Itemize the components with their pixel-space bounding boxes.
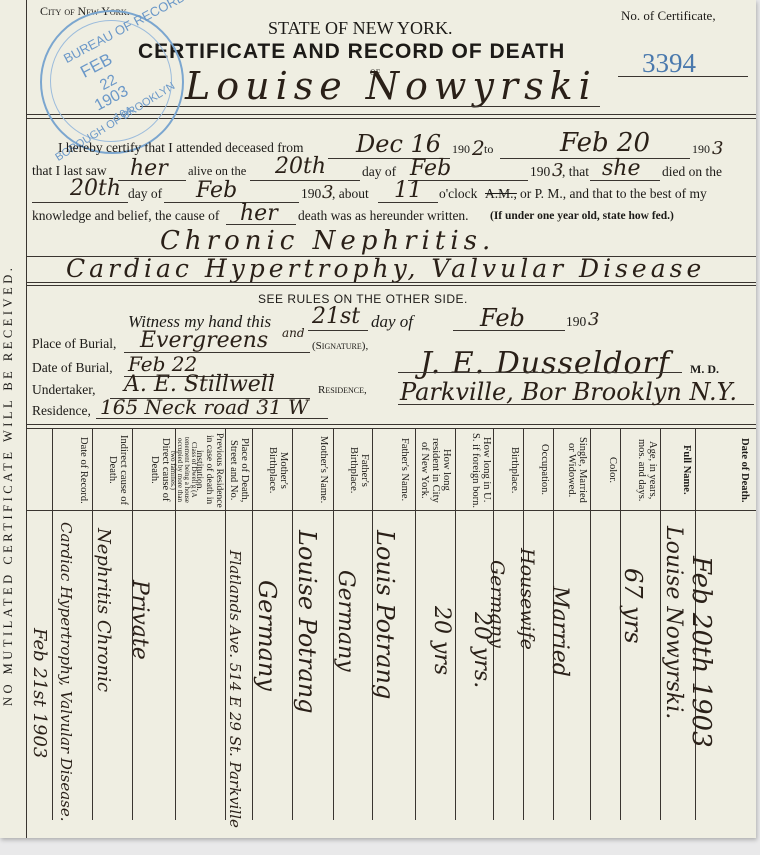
table-rule-top-2	[26, 428, 756, 429]
about-label: , about	[332, 186, 369, 202]
col-sep	[455, 428, 456, 820]
cell-marital-status: Married	[548, 586, 570, 746]
year-prefix: 190	[452, 142, 470, 157]
pm-label: or P. M., and that to the best of my	[520, 186, 707, 202]
died-on-label: died on the	[662, 164, 722, 180]
cell-mothers-birthplace: Germany	[256, 580, 278, 780]
cause-rule-2	[26, 282, 756, 283]
year-prefix: 190	[301, 186, 321, 202]
witness-day: 21st	[312, 304, 360, 329]
col-header-indirect-cause: Indirect cause of Death.	[95, 432, 129, 508]
attended-from-year: 2	[472, 136, 485, 160]
cell-fathers-birthplace: Germany	[334, 570, 356, 750]
physician-residence-label: Residence,	[318, 384, 367, 396]
cell-class-of-dwelling: Private	[128, 580, 150, 760]
place-of-burial-label: Place of Burial,	[32, 336, 116, 352]
cell-date-of-death: Feb 20th 1903	[690, 556, 712, 826]
death-certificate: NO MUTILATED CERTIFICATE WILL BE RECEIVE…	[0, 0, 756, 838]
cell-occupation: Housewife	[516, 548, 538, 718]
md-label: M. D.	[690, 362, 719, 377]
col-sep	[52, 428, 53, 820]
col-header-occupation: Occupation.	[526, 432, 550, 508]
year-prefix: 190	[566, 314, 586, 330]
cell-age: 67 yrs	[622, 568, 644, 718]
witness-month: Feb	[480, 304, 525, 332]
year-prefix: 190	[692, 142, 710, 157]
attended-label: I hereby certify that I attended decease…	[58, 140, 304, 156]
physician-residence: Parkville, Bor Brooklyn N.Y.	[400, 378, 737, 406]
place-of-burial: Evergreens	[140, 328, 268, 353]
cell-direct-cause: Nephritis Chronic	[92, 528, 114, 758]
cell-indirect-cause: Cardiac Hypertrophy, Valvular Disease.	[58, 522, 73, 842]
cell-date-of-record: Feb 21st 1903	[28, 628, 50, 828]
col-header-previous-residence: Previous Residence in case of death in i…	[196, 432, 224, 508]
to-label: to	[484, 142, 493, 157]
side-notice: NO MUTILATED CERTIFICATE WILL BE RECEIVE…	[1, 140, 16, 830]
signature-label: (Signature),	[312, 340, 368, 352]
col-header-birthplace: Birthplace.	[496, 432, 520, 508]
cell-years-in-nyc: 20 yrs	[430, 606, 452, 716]
rules-note: SEE RULES ON THE OTHER SIDE.	[258, 292, 468, 306]
col-header-direct-cause: Direct cause of Death.	[135, 432, 171, 508]
deceased-name: Louise Nowyrski	[185, 64, 597, 108]
table-header-rule	[26, 510, 756, 511]
cell-years-in-us: 20 yrs.	[470, 612, 492, 732]
certificate-no-label: No. of Certificate,	[621, 8, 716, 24]
hereunder-label: death was as hereunder written.	[298, 208, 469, 224]
cause-of-death-line-2: Cardiac Hypertrophy, Valvular Disease	[66, 254, 705, 283]
col-header-place-of-death: Place of Death, Street and No.	[228, 432, 250, 508]
attended-from: Dec 16	[356, 130, 441, 158]
col-header-color: Color.	[594, 432, 618, 508]
death-month: Feb	[196, 178, 237, 203]
death-day: 20th	[70, 176, 121, 201]
am-label-struck: A.M.,	[485, 186, 517, 202]
day-of-label: day of	[362, 164, 396, 180]
col-sep	[590, 428, 591, 820]
col-header-years-in-us: How long in U. S. if foreign born.	[458, 432, 492, 508]
cause-rule-3	[26, 285, 756, 286]
infant-note: (If under one year old, state how fed.)	[490, 210, 674, 222]
signature-field	[398, 372, 682, 373]
day-field	[250, 180, 360, 181]
witness-year: 3	[588, 309, 599, 330]
cause-pronoun: her	[240, 201, 278, 226]
physician-signature: J. E. Dusseldorf	[420, 346, 670, 381]
cell-place-of-death: Flatlands Ave. 514 E 29 St. Parkville	[224, 550, 246, 840]
col-header-full-name: Full Name.	[664, 432, 692, 508]
col-header-mothers-birthplace: Mother's Birthplace.	[255, 432, 289, 508]
bureau-of-records-stamp: BUREAU OF RECORDS FEB 22 1903 10A BOROUG…	[40, 10, 184, 154]
that-label: , that	[562, 164, 589, 180]
attended-to-field	[500, 158, 690, 159]
col-header-class-of-dwelling: Class of Dwell'g (A tenement being a hou…	[177, 432, 197, 508]
col-header-date-of-record: Date of Record.	[55, 432, 89, 508]
name-underline	[140, 106, 600, 107]
cause-label: knowledge and belief, the cause of	[32, 208, 219, 224]
last-saw-day: 20th	[275, 154, 326, 179]
attended-to-year: 3	[712, 138, 723, 159]
col-header-fathers-birthplace: Father's Birthplace.	[336, 432, 370, 508]
alive-on-label: alive on the	[188, 164, 246, 179]
undertaker-label: Undertaker,	[32, 382, 96, 398]
col-header-fathers-name: Father's Name.	[376, 432, 410, 508]
margin-rule	[26, 0, 27, 838]
col-header-years-in-nyc: How long resident in City of New York.	[418, 432, 452, 508]
cell-fathers-name: Louis Potrang	[374, 530, 396, 780]
certificate-number: 3394	[642, 48, 696, 79]
date-of-burial-label: Date of Burial,	[32, 360, 113, 376]
witness-day-field	[308, 330, 368, 331]
certificate-no-underline	[618, 76, 748, 77]
certificate-title: CERTIFICATE AND RECORD OF DEATH	[138, 40, 565, 64]
cell-full-name: Louise Nowyrski.	[662, 526, 684, 806]
undertaker-residence: 165 Neck road 31 W	[100, 395, 309, 419]
state-heading: STATE OF NEW YORK.	[268, 18, 453, 39]
attended-to: Feb 20	[560, 128, 650, 158]
col-header-age: Age, in years, mos. and days.	[622, 432, 658, 508]
table-rule-top	[26, 424, 756, 425]
cell-mothers-name: Louise Potrang	[296, 530, 318, 760]
place-of-burial-note: and	[282, 326, 305, 340]
oclock-label: o'clock	[439, 186, 477, 202]
year-prefix: 190	[530, 164, 550, 180]
cause-of-death-line-1: Chronic Nephritis.	[160, 226, 495, 256]
col-header-date-of-death: Date of Death.	[700, 432, 750, 508]
died-pronoun: she	[602, 156, 640, 181]
witness-day-of-label: day of	[371, 312, 413, 332]
undertaker-residence-label: Residence,	[32, 403, 91, 419]
col-header-marital-status: Single, Married or Widowed.	[556, 432, 588, 508]
last-saw-pronoun: her	[130, 156, 168, 181]
undertaker-name: A. E. Stillwell	[124, 372, 275, 397]
day-of-label: day of	[128, 186, 162, 202]
death-hour: 11	[394, 178, 422, 203]
col-header-mothers-name: Mother's Name.	[295, 432, 329, 508]
death-day-field	[32, 202, 128, 203]
col-sep	[415, 428, 416, 820]
